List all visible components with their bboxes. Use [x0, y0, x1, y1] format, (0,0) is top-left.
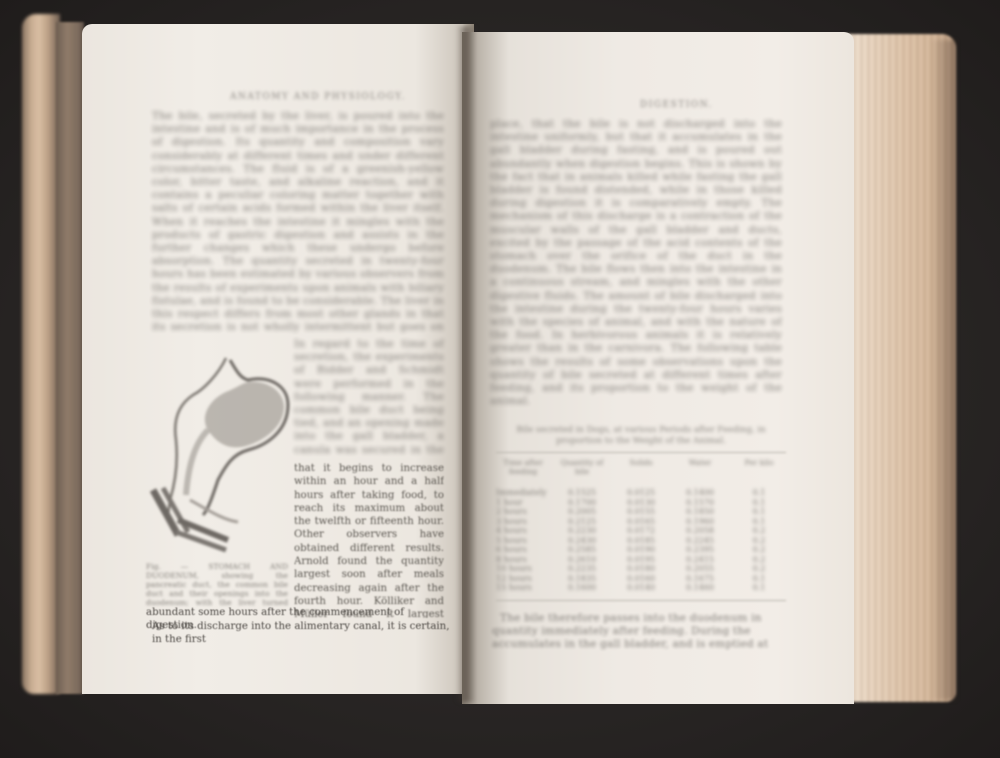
- table-cell: 0.2: [732, 545, 786, 555]
- table-cell: 2 hours: [496, 507, 550, 517]
- table-cell: 0.1835: [555, 574, 609, 584]
- table-cell: 0.2: [732, 526, 786, 536]
- table-header-cell: Water: [673, 458, 727, 476]
- table-cell: 0.1675: [673, 574, 727, 584]
- table-header-cell: Quantity of bile: [555, 458, 609, 476]
- right-bottom-line-3: accumulates in the gall bladder, and is …: [492, 638, 782, 652]
- table-cell: 0.1600: [555, 583, 609, 593]
- table-row: 4 hours0.22300.01720.20580.2: [496, 526, 786, 536]
- table-row: 2 hours0.20050.01550.18500.1: [496, 507, 786, 517]
- left-running-head: ANATOMY AND PHYSIOLOGY.: [230, 92, 406, 102]
- table-cell: 0.1: [732, 517, 786, 527]
- table-cell: 1 hour: [496, 498, 550, 508]
- table-header-cell: Solids: [614, 458, 668, 476]
- table-cell: 0.1: [732, 498, 786, 508]
- table-header-row: Time after feeding Quantity of bile Soli…: [496, 458, 786, 476]
- table-cell: 0.0180: [614, 564, 668, 574]
- table-cell: 0.1: [732, 507, 786, 517]
- table-cell: 0.1525: [555, 488, 609, 498]
- left-bottom-line-2: As to its discharge into the alimentary …: [152, 620, 452, 647]
- stomach-illustration: [148, 350, 298, 560]
- table-cell: 0.2125: [555, 517, 609, 527]
- table-cell: 0.0190: [614, 545, 668, 555]
- table-title: Bile secreted in Dogs, at various Period…: [496, 425, 786, 447]
- table-row: 6 hours0.25850.01900.23950.2: [496, 545, 786, 555]
- table-cell: 0.2430: [555, 536, 609, 546]
- table-cell: 5 hours: [496, 536, 550, 546]
- table-cell: 0.1700: [555, 498, 609, 508]
- left-wrap-paragraph-lower: that it begins to increase within an hou…: [294, 462, 444, 618]
- table-cell: 0.2: [732, 555, 786, 565]
- table-header-cell: Time after feeding: [496, 458, 550, 476]
- table-cell: 0.2395: [673, 545, 727, 555]
- right-edge-shadow: [930, 40, 956, 700]
- table-cell: 0.2005: [555, 507, 609, 517]
- table-cell: 0.1570: [673, 498, 727, 508]
- table-cell: 0.0195: [614, 555, 668, 565]
- table-cell: 0.2415: [673, 555, 727, 565]
- table-cell: 3 hours: [496, 517, 550, 527]
- left-wrap-paragraph-blurred: In regard to the time of secretion, the …: [294, 338, 444, 458]
- table-cell: 0.1960: [673, 517, 727, 527]
- table-cell: 0.2610: [555, 555, 609, 565]
- table-cell: 0.2: [732, 536, 786, 546]
- table-cell: 12 hours: [496, 574, 550, 584]
- table-cell: 0.1: [732, 583, 786, 593]
- table-row: 5 hours0.24300.01850.22450.2: [496, 536, 786, 546]
- table-row: 12 hours0.18350.01600.16750.1: [496, 574, 786, 584]
- table-row: 10 hours0.22350.01800.20550.2: [496, 564, 786, 574]
- table-cell: 6 hours: [496, 545, 550, 555]
- table-top-rule: [496, 452, 786, 453]
- right-bottom-line-1: The bile therefore passes into the duode…: [500, 612, 782, 626]
- left-page-block-edge: [56, 22, 84, 694]
- table-cell: 0.0165: [614, 517, 668, 527]
- table-row: 3 hours0.21250.01650.19600.1: [496, 517, 786, 527]
- table-cell: 0.1460: [673, 583, 727, 593]
- table-cell: 0.0130: [614, 498, 668, 508]
- table-cell: 0.2585: [555, 545, 609, 555]
- table-row: 1 hour0.17000.01300.15700.1: [496, 498, 786, 508]
- left-wrap-paragraph: that it begins to increase within an hou…: [294, 462, 444, 618]
- table-cell: 0.1: [732, 574, 786, 584]
- figure-caption: Fig. — STOMACH AND DUODENUM, showing the…: [146, 562, 288, 608]
- left-cover-edge: [22, 14, 60, 694]
- table-bottom-rule: [496, 600, 786, 601]
- table-row: Immediately0.15250.01250.14000.1: [496, 488, 786, 498]
- left-top-paragraph: The bile, secreted by the liver, is pour…: [152, 110, 444, 332]
- table-cell: 0.2055: [673, 564, 727, 574]
- table-cell: 0.2230: [555, 526, 609, 536]
- table-cell: 0.0155: [614, 507, 668, 517]
- table-cell: 0.1850: [673, 507, 727, 517]
- table-cell: 0.2245: [673, 536, 727, 546]
- table-cell: 0.0185: [614, 536, 668, 546]
- right-body-paragraph: place, that the bile is not discharged i…: [490, 118, 782, 418]
- table-cell: Immediately: [496, 488, 550, 498]
- table-cell: 0.2058: [673, 526, 727, 536]
- right-running-head: DIGESTION.: [640, 100, 713, 110]
- table-cell: 0.0160: [614, 574, 668, 584]
- table-cell: 8 hours: [496, 555, 550, 565]
- table-cell: 0.0125: [614, 488, 668, 498]
- table-header-cell: Per kilo: [732, 458, 786, 476]
- table-row: 15 hours0.16000.01400.14600.1: [496, 583, 786, 593]
- right-bottom-line-2: quantity immediately after feeding. Duri…: [492, 625, 782, 639]
- table-cell: 0.2: [732, 564, 786, 574]
- table-cell: 15 hours: [496, 583, 550, 593]
- bile-secretion-table: Time after feeding Quantity of bile Soli…: [496, 458, 786, 593]
- table-cell: 0.0172: [614, 526, 668, 536]
- table-cell: 0.2235: [555, 564, 609, 574]
- table-cell: 10 hours: [496, 564, 550, 574]
- table-row: 8 hours0.26100.01950.24150.2: [496, 555, 786, 565]
- book-gutter: [456, 26, 476, 702]
- table-cell: 4 hours: [496, 526, 550, 536]
- table-cell: 0.1: [732, 488, 786, 498]
- table-cell: 0.1400: [673, 488, 727, 498]
- table-cell: 0.0140: [614, 583, 668, 593]
